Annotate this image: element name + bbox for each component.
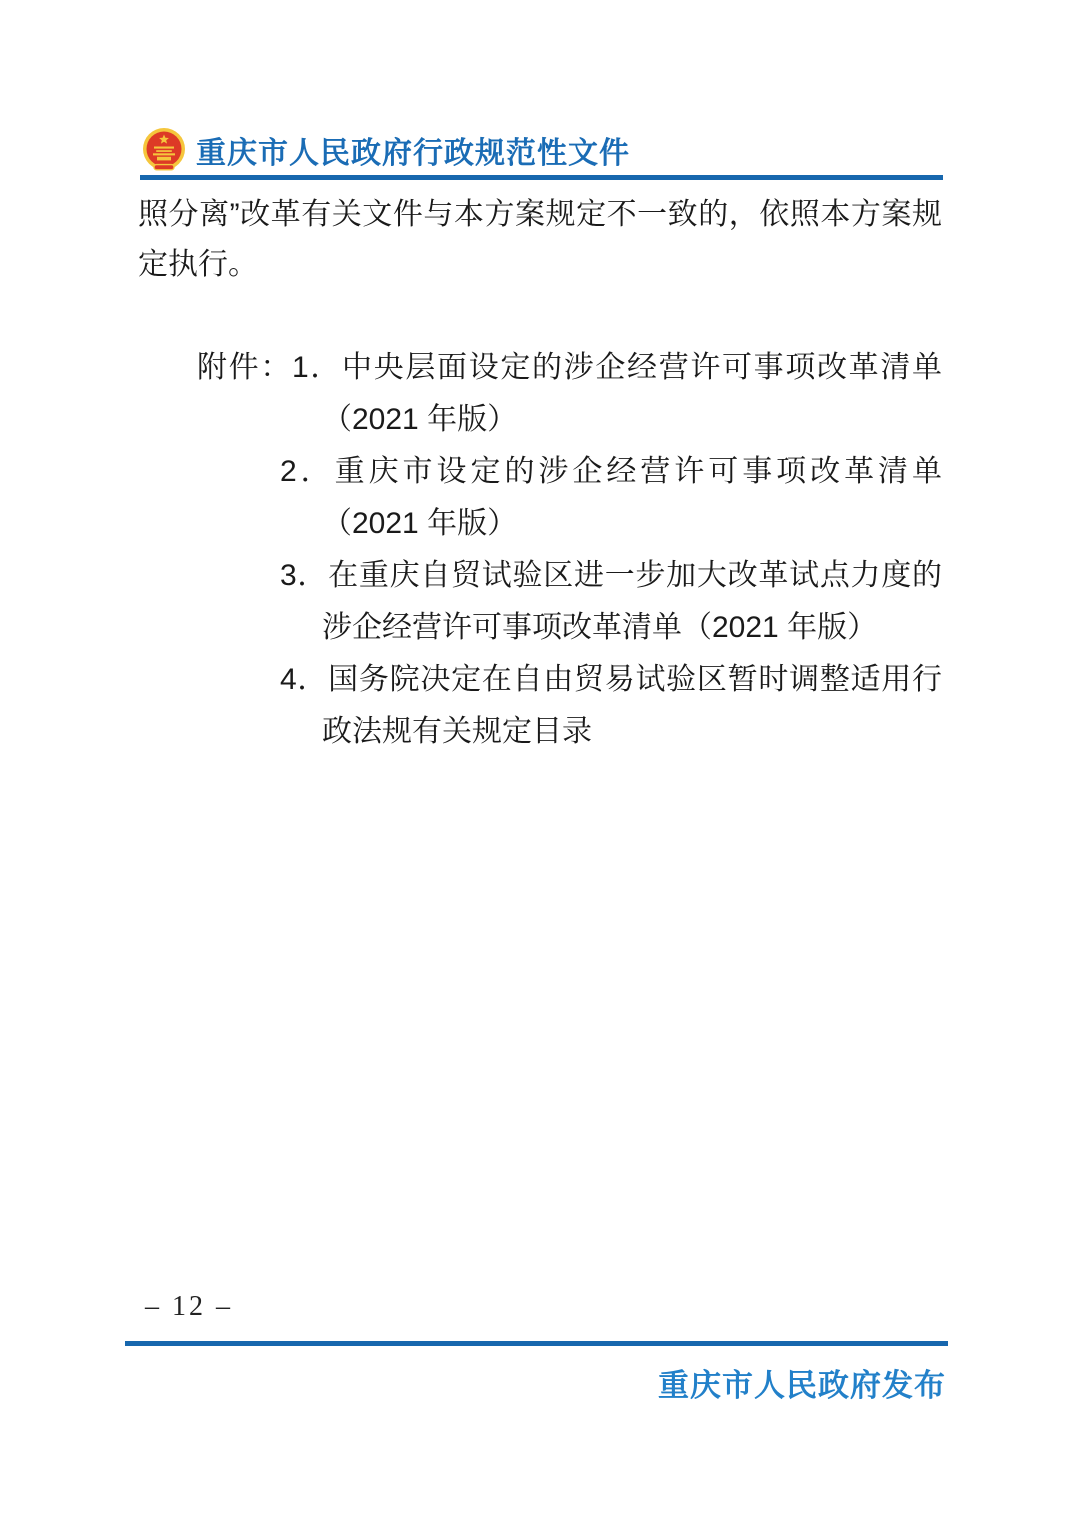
attachment-number: 3． xyxy=(280,559,328,592)
page-number: – 12 – xyxy=(145,1291,233,1323)
attachment-number: 2． xyxy=(280,455,335,488)
attachment-text: 中央层面设定的涉企经营许可事项改革清单（2021 年版） xyxy=(322,351,942,436)
footer-divider xyxy=(125,1341,948,1346)
body-paragraph: 照分离”改革有关文件与本方案规定不一致的，依照本方案规定执行。 xyxy=(138,190,942,290)
publisher-label: 重庆市人民政府发布 xyxy=(658,1360,946,1405)
attachment-item: 2．重庆市设定的涉企经营许可事项改革清单（2021 年版） xyxy=(322,446,942,550)
attachment-text: 国务院决定在自由贸易试验区暂时调整适用行政法规有关规定目录 xyxy=(322,663,942,748)
document-header: 重庆市人民政府行政规范性文件 xyxy=(140,126,943,180)
attachment-item: 4．国务院决定在自由贸易试验区暂时调整适用行政法规有关规定目录 xyxy=(322,654,942,758)
attachment-item: 3．在重庆自贸试验区进一步加大改革试点力度的涉企经营许可事项改革清单（2021 … xyxy=(322,550,942,654)
attachment-number: 4． xyxy=(280,663,328,696)
header-row: 重庆市人民政府行政规范性文件 xyxy=(140,126,943,174)
header-title: 重庆市人民政府行政规范性文件 xyxy=(196,128,630,172)
header-divider xyxy=(140,175,943,180)
page: 重庆市人民政府行政规范性文件 照分离”改革有关文件与本方案规定不一致的，依照本方… xyxy=(0,0,1074,1520)
attachment-label: 附件： xyxy=(197,351,292,384)
attachment-number: 1． xyxy=(292,351,342,384)
attachment-item: 附件：1．中央层面设定的涉企经营许可事项改革清单（2021 年版） xyxy=(322,342,942,446)
attachment-text: 重庆市设定的涉企经营许可事项改革清单（2021 年版） xyxy=(322,455,942,540)
attachment-text: 在重庆自贸试验区进一步加大改革试点力度的涉企经营许可事项改革清单（2021 年版… xyxy=(322,559,942,644)
document-body: 照分离”改革有关文件与本方案规定不一致的，依照本方案规定执行。 附件：1．中央层… xyxy=(138,190,942,758)
attachment-list: 附件：1．中央层面设定的涉企经营许可事项改革清单（2021 年版） 2．重庆市设… xyxy=(322,342,942,758)
national-emblem-icon xyxy=(140,126,188,174)
